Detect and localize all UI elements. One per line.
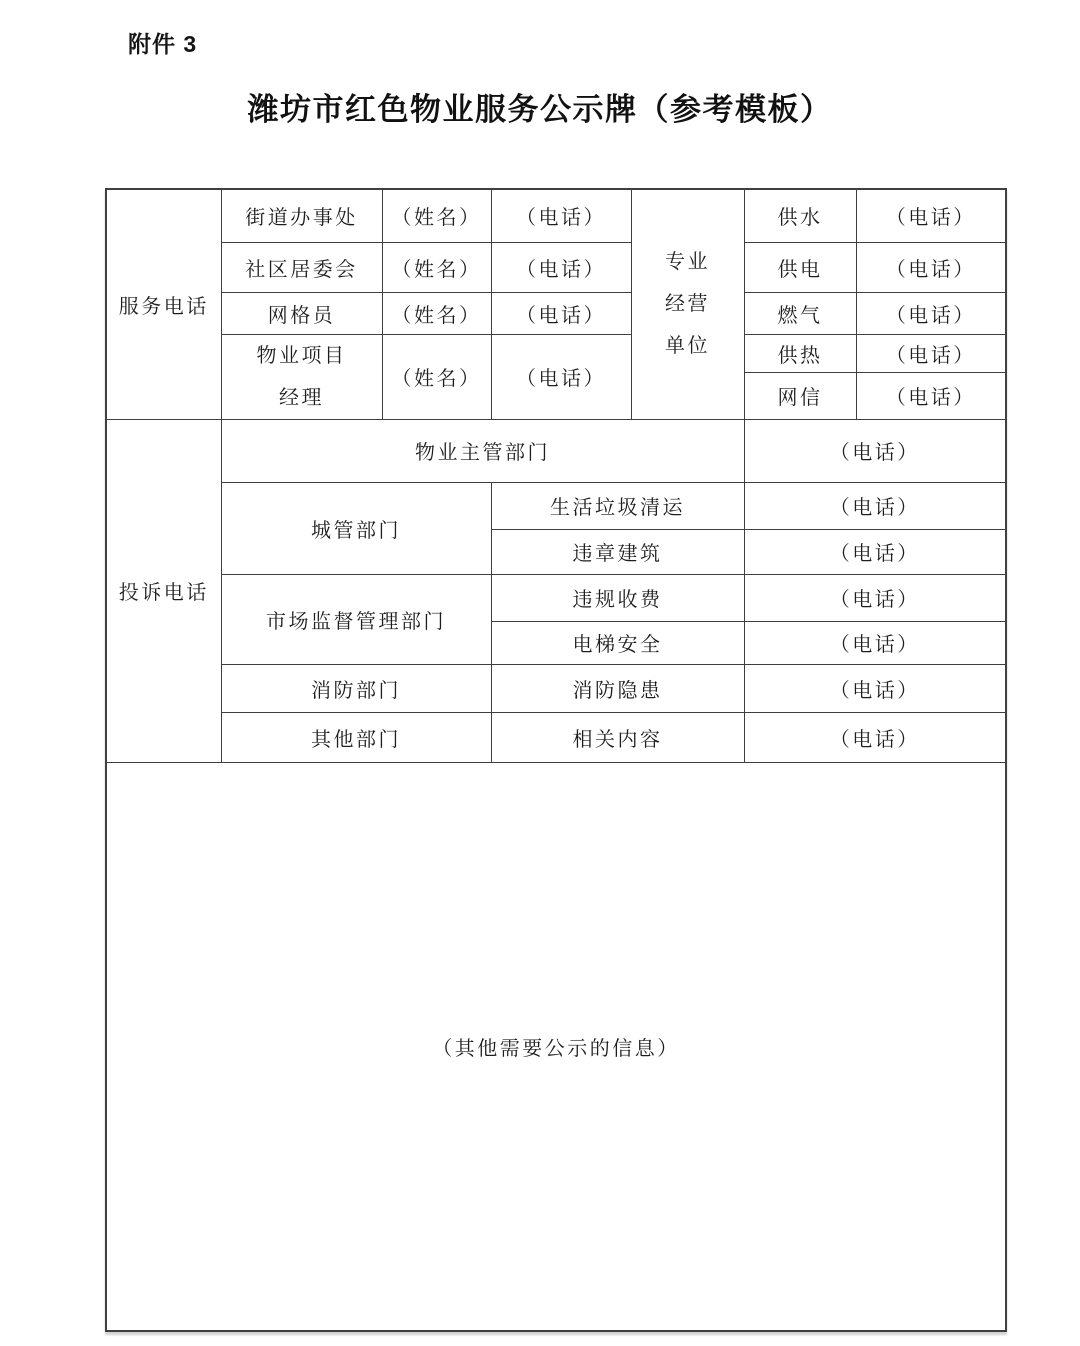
- org-cell: 物业项目 经理: [221, 334, 382, 419]
- item-cell: 消防隐患: [491, 664, 744, 712]
- phone-placeholder-cell: （电话）: [491, 334, 631, 419]
- unit-cell: 供热: [744, 334, 856, 372]
- table-row: 网格员 （姓名） （电话） 燃气 （电话）: [106, 292, 1006, 334]
- phone-placeholder-cell: （电话）: [744, 574, 1006, 621]
- phone-placeholder-cell: （电话）: [491, 189, 631, 242]
- unit-cell: 网信: [744, 372, 856, 419]
- phone-placeholder-cell: （电话）: [856, 242, 1006, 292]
- dept-cell: 消防部门: [221, 664, 491, 712]
- phone-placeholder-cell: （电话）: [491, 292, 631, 334]
- item-cell: 生活垃圾清运: [491, 482, 744, 529]
- dept-cell: 其他部门: [221, 712, 491, 762]
- item-cell: 相关内容: [491, 712, 744, 762]
- other-info-cell: （其他需要公示的信息）: [106, 762, 1006, 1331]
- dept-cell: 市场监督管理部门: [221, 574, 491, 664]
- phone-placeholder-cell: （电话）: [491, 242, 631, 292]
- name-placeholder-cell: （姓名）: [382, 189, 491, 242]
- org-cell: 社区居委会: [221, 242, 382, 292]
- table-row: 物业项目 经理 （姓名） （电话） 供热 （电话）: [106, 334, 1006, 372]
- table-row: 社区居委会 （姓名） （电话） 供电 （电话）: [106, 242, 1006, 292]
- notice-table: 服务电话 街道办事处 （姓名） （电话） 专业 经营 单位 供水 （电话） 社区…: [105, 188, 1007, 1332]
- phone-placeholder-cell: （电话）: [856, 292, 1006, 334]
- phone-placeholder-cell: （电话）: [744, 712, 1006, 762]
- item-cell: 违规收费: [491, 574, 744, 621]
- name-placeholder-cell: （姓名）: [382, 292, 491, 334]
- table-row: 服务电话 街道办事处 （姓名） （电话） 专业 经营 单位 供水 （电话）: [106, 189, 1006, 242]
- item-cell: 违章建筑: [491, 529, 744, 574]
- phone-placeholder-cell: （电话）: [744, 482, 1006, 529]
- table-row: 消防部门 消防隐患 （电话）: [106, 664, 1006, 712]
- table-row: 城管部门 生活垃圾清运 （电话）: [106, 482, 1006, 529]
- org-cell: 街道办事处: [221, 189, 382, 242]
- phone-placeholder-cell: （电话）: [744, 419, 1006, 482]
- phone-placeholder-cell: （电话）: [744, 664, 1006, 712]
- unit-cell: 供水: [744, 189, 856, 242]
- attachment-label: 附件 3: [128, 26, 197, 59]
- org-cell: 网格员: [221, 292, 382, 334]
- unit-cell: 供电: [744, 242, 856, 292]
- page: 附件 3 潍坊市红色物业服务公示牌（参考模板） 服务电话 街道办事处 （姓名） …: [0, 0, 1080, 1346]
- unit-cell: 燃气: [744, 292, 856, 334]
- dept-cell: 城管部门: [221, 482, 491, 574]
- phone-placeholder-cell: （电话）: [856, 334, 1006, 372]
- dept-cell: 物业主管部门: [221, 419, 744, 482]
- phone-placeholder-cell: （电话）: [856, 372, 1006, 419]
- table-row: 其他部门 相关内容 （电话）: [106, 712, 1006, 762]
- phone-placeholder-cell: （电话）: [744, 621, 1006, 664]
- page-title: 潍坊市红色物业服务公示牌（参考模板）: [0, 84, 1080, 129]
- phone-placeholder-cell: （电话）: [744, 529, 1006, 574]
- table-row: 投诉电话 物业主管部门 （电话）: [106, 419, 1006, 482]
- table-row: （其他需要公示的信息）: [106, 762, 1006, 1331]
- phone-placeholder-cell: （电话）: [856, 189, 1006, 242]
- name-placeholder-cell: （姓名）: [382, 334, 491, 419]
- item-cell: 电梯安全: [491, 621, 744, 664]
- complaint-phone-section-label: 投诉电话: [106, 419, 221, 762]
- table-row: 市场监督管理部门 违规收费 （电话）: [106, 574, 1006, 621]
- professional-units-label: 专业 经营 单位: [631, 189, 744, 419]
- name-placeholder-cell: （姓名）: [382, 242, 491, 292]
- service-phone-section-label: 服务电话: [106, 189, 221, 419]
